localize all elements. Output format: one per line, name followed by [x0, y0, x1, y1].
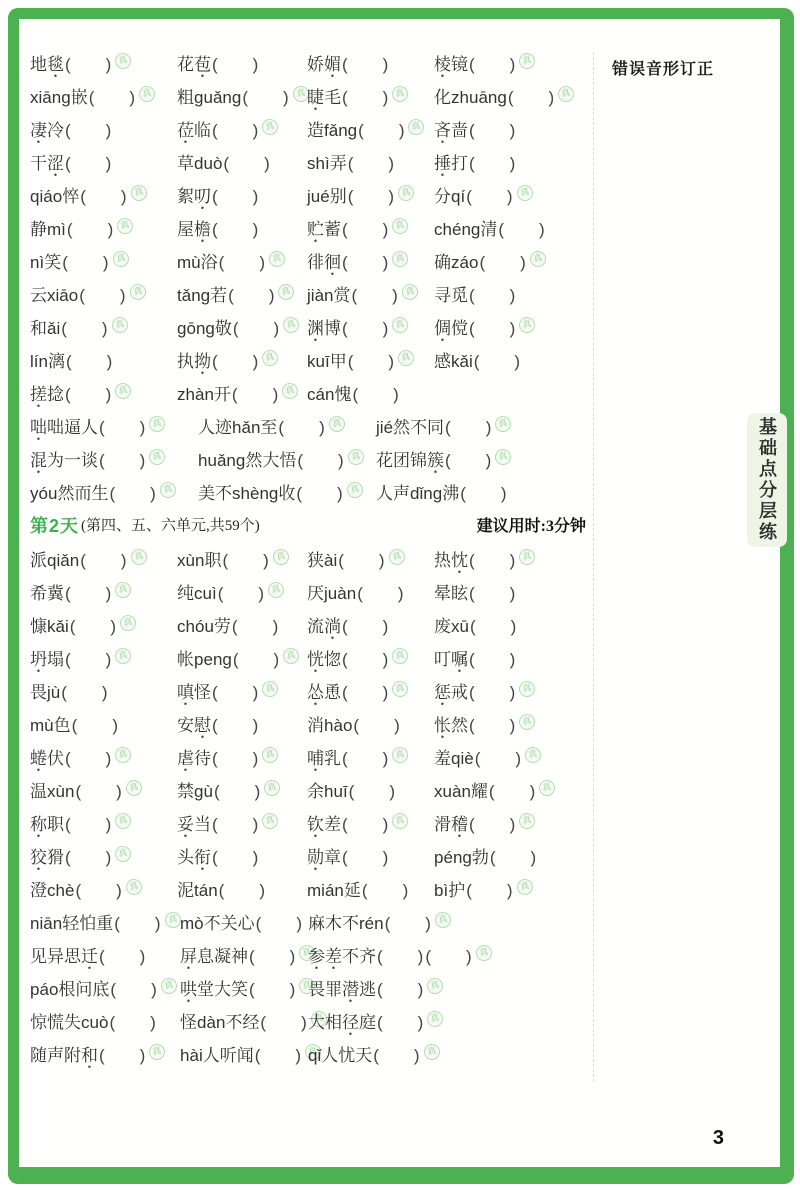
word-entry: mù 浴()真	[177, 248, 307, 273]
close-paren-text: )	[337, 451, 345, 470]
word-entry: 静 mì()真	[30, 215, 177, 240]
word-row: mù 色()安慰()消 hào()怅然()真	[30, 707, 592, 740]
word-row: 和 ǎi()真gōng 敬()真渊博()真倜傥()真	[30, 310, 592, 343]
word-label: 坍塌	[30, 650, 64, 669]
stamp-icon: 真	[345, 481, 364, 500]
word-row: 干涩()草 duò()shì 弄()捶打()	[30, 145, 592, 178]
word-label: 头衔	[177, 848, 211, 867]
word-label: 莅临	[177, 121, 211, 140]
word-entry: kuī 甲()真	[307, 347, 434, 372]
open-paren-text: (	[255, 914, 263, 933]
open-paren-text: (	[88, 88, 96, 107]
word-row: 派 qiǎn()真xùn 职()真狭 ài()真热忱()真	[30, 542, 592, 575]
open-paren-text: (	[341, 815, 349, 834]
open-paren-text: (	[218, 253, 226, 272]
close-paren-text: )	[413, 1046, 421, 1065]
word-label: xiāng 嵌	[30, 88, 88, 107]
word-label: kuī 甲	[307, 352, 347, 371]
word-entry: niān 轻怕重()真	[30, 909, 180, 934]
word-entry: 地毯()真	[30, 50, 177, 75]
open-paren-text: (	[356, 584, 364, 603]
word-row: nì 笑()真mù 浴()真徘徊()真确 záo()真	[30, 244, 592, 277]
word-label: 畏罪潜逃	[308, 980, 376, 999]
word-entry: 渊博()真	[307, 314, 434, 339]
word-entry: 造 fǎng()真	[307, 116, 434, 141]
stamp-icon: 真	[159, 977, 178, 996]
close-paren-text: )	[387, 154, 395, 173]
stamp-icon: 真	[148, 448, 167, 467]
word-label: 禁 gù	[177, 782, 213, 801]
open-paren-text: (	[222, 154, 230, 173]
close-paren-text: )	[120, 187, 128, 206]
word-label: tǎng 若	[177, 286, 227, 305]
word-label: 人迹 hǎn 至	[198, 418, 277, 437]
word-entry: 虐待()真	[177, 744, 307, 769]
close-paren-text: )	[387, 352, 395, 371]
word-entry: lín 漓()	[30, 347, 177, 372]
word-entry: 坍塌()真	[30, 645, 177, 670]
open-paren-text: (	[341, 220, 349, 239]
open-paren-text: (	[468, 683, 476, 702]
stamp-icon: 真	[114, 845, 133, 864]
stamp-icon: 真	[261, 349, 280, 368]
open-paren-text: (	[64, 121, 72, 140]
close-paren-text: )	[509, 650, 517, 669]
word-label: 畏 jù	[30, 683, 60, 702]
stamp-icon: 真	[148, 415, 167, 434]
open-paren-text: (	[376, 1013, 384, 1032]
word-label: 静 mì	[30, 220, 66, 239]
close-paren-text: )	[391, 286, 399, 305]
column-divider	[593, 52, 594, 1082]
word-entry: 安慰()	[177, 711, 307, 736]
close-paren-text: )	[530, 848, 538, 867]
word-label: 寻觅	[434, 286, 468, 305]
word-label: zhàn 开	[177, 385, 231, 404]
word-label: 钦差	[307, 815, 341, 834]
stamp-icon: 真	[518, 713, 537, 732]
section-day-title: 第2天	[30, 512, 79, 538]
close-paren-text: )	[397, 584, 405, 603]
open-paren-text: (	[341, 749, 349, 768]
word-row: 混为一谈()真huǎng 然大悟()真花团锦簇()真	[30, 442, 592, 475]
word-label: lín 漓	[30, 352, 65, 371]
close-paren-text: )	[514, 749, 522, 768]
word-entry: 禁 gù()真	[177, 777, 307, 802]
open-paren-text: (	[465, 881, 473, 900]
stamp-icon: 真	[515, 184, 534, 203]
word-label: jué 别	[307, 187, 347, 206]
close-paren-text: )	[105, 650, 113, 669]
close-paren-text: )	[252, 683, 260, 702]
word-label: 随声附和	[30, 1046, 98, 1065]
word-label: 渊博	[307, 319, 341, 338]
open-paren-text: (	[341, 650, 349, 669]
open-paren-text: (	[217, 584, 225, 603]
stamp-icon: 真	[524, 746, 543, 765]
stamp-icon: 真	[518, 548, 537, 567]
open-paren-text: (	[384, 914, 392, 933]
word-entry: zhàn 开()真	[177, 380, 307, 405]
open-paren-text: (	[488, 782, 496, 801]
word-label: 絮叨	[177, 187, 211, 206]
word-label: xùn 职	[177, 551, 221, 570]
open-paren-text: (	[60, 319, 68, 338]
open-paren-text: (	[347, 187, 355, 206]
open-paren-text: (	[64, 385, 72, 404]
word-entry: 感 kǎi()	[434, 347, 592, 372]
word-entry: 慷 kǎi()真	[30, 612, 177, 637]
word-entry: 粗 guǎng()真	[177, 83, 307, 108]
word-entry: chóu 劳()	[177, 612, 307, 637]
close-paren-text: )	[139, 1046, 147, 1065]
correction-header: 错误音形订正	[612, 56, 747, 79]
section-range: (第四、五、六单元,共59个)	[81, 514, 260, 535]
word-entry: qǐ 人忧天()真	[308, 1041, 592, 1066]
open-paren-text: (	[468, 551, 476, 570]
open-paren-text: (	[232, 319, 240, 338]
close-paren-text: )	[139, 418, 147, 437]
close-paren-text: )	[509, 716, 517, 735]
open-paren-text: (	[341, 55, 349, 74]
close-paren-text: )	[105, 55, 113, 74]
word-label: jié 然不同	[376, 418, 444, 437]
word-entry: chéng 清()	[434, 215, 592, 240]
stamp-icon: 真	[515, 878, 534, 897]
word-label: bì 护	[434, 881, 465, 900]
word-label: xuàn 耀	[434, 782, 488, 801]
open-paren-text: (	[221, 551, 229, 570]
word-label: 厌 juàn	[307, 584, 356, 603]
close-paren-text: )	[252, 187, 260, 206]
word-entry: jiàn 赏()真	[307, 281, 434, 306]
open-paren-text: (	[468, 815, 476, 834]
open-paren-text: (	[468, 584, 476, 603]
open-paren-text: (	[211, 716, 219, 735]
open-paren-text: (	[424, 947, 432, 966]
open-paren-text: (	[478, 253, 486, 272]
close-paren-text: )	[382, 650, 390, 669]
word-label: 怂恿	[307, 683, 341, 702]
close-paren-text: )	[101, 683, 109, 702]
word-entry: 怂恿()真	[307, 678, 434, 703]
word-label: 娇媚	[307, 55, 341, 74]
word-label: huǎng 然大悟	[198, 451, 296, 470]
close-paren-text: )	[417, 980, 425, 999]
stamp-icon: 真	[267, 250, 286, 269]
suggested-time: 建议用时:3分钟	[477, 513, 586, 536]
close-paren-text: )	[509, 584, 517, 603]
close-paren-text: )	[101, 319, 109, 338]
close-paren-text: )	[139, 947, 147, 966]
close-paren-text: )	[392, 385, 400, 404]
open-paren-text: (	[489, 848, 497, 867]
close-paren-text: )	[506, 881, 514, 900]
open-paren-text: (	[468, 286, 476, 305]
word-entry: shì 弄()	[307, 149, 434, 174]
word-label: 棱镜	[434, 55, 468, 74]
close-paren-text: )	[252, 848, 260, 867]
open-paren-text: (	[248, 980, 256, 999]
stamp-icon: 真	[114, 746, 133, 765]
stamp-icon: 真	[426, 1010, 445, 1029]
close-paren-text: )	[382, 88, 390, 107]
close-paren-text: )	[424, 914, 432, 933]
word-label: 哄堂大笑	[180, 980, 248, 999]
word-label: 化 zhuāng	[434, 88, 507, 107]
word-label: 滑稽	[434, 815, 468, 834]
close-paren-text: )	[289, 980, 297, 999]
open-paren-text: (	[64, 815, 72, 834]
close-paren-text: )	[378, 551, 386, 570]
word-label: 参差不齐	[308, 947, 376, 966]
open-paren-text: (	[74, 881, 82, 900]
stamp-icon: 真	[327, 415, 346, 434]
word-row: 地毯()真花苞()娇媚()棱镜()真	[30, 46, 592, 79]
word-entry: 晕眩()	[434, 579, 592, 604]
word-label: 麻木不 rén	[308, 914, 384, 933]
word-label: 咄咄逼人	[30, 418, 98, 437]
close-paren-text: )	[509, 286, 517, 305]
word-entry: 人迹 hǎn 至()真	[198, 413, 376, 438]
stamp-icon: 真	[114, 581, 133, 600]
stamp-icon: 真	[267, 581, 286, 600]
close-paren-text: )	[252, 352, 260, 371]
word-label: 恍惚	[307, 650, 341, 669]
word-entry: nì 笑()真	[30, 248, 177, 273]
word-label: 澄 chè	[30, 881, 74, 900]
close-paren-text: )	[402, 881, 410, 900]
word-entry: mù 色()	[30, 711, 177, 736]
word-label: 余 huī	[307, 782, 348, 801]
stamp-icon: 真	[119, 614, 138, 633]
main-rows: 地毯()真花苞()娇媚()棱镜()真xiāng 嵌()真粗 guǎng()真睫毛…	[30, 46, 592, 1070]
close-paren-text: )	[263, 154, 271, 173]
stamp-icon: 真	[557, 85, 576, 104]
word-label: 搓捻	[30, 385, 64, 404]
close-paren-text: )	[282, 88, 290, 107]
open-paren-text: (	[61, 253, 69, 272]
word-label: 造 fǎng	[307, 121, 357, 140]
word-label: 分 qí	[434, 187, 465, 206]
close-paren-text: )	[150, 980, 158, 999]
word-row: niān 轻怕重()真mò 不关心()麻木不 rén()真	[30, 905, 592, 938]
word-row: 希冀()真纯 cuì()真厌 juàn()晕眩()	[30, 575, 592, 608]
word-label: 确 záo	[434, 253, 478, 272]
stamp-icon: 真	[111, 250, 130, 269]
word-entry: 倜傥()真	[434, 314, 592, 339]
open-paren-text: (	[218, 881, 226, 900]
word-entry: 确 záo()真	[434, 248, 592, 273]
word-label: 地毯	[30, 55, 64, 74]
close-paren-text: )	[485, 418, 493, 437]
open-paren-text: (	[98, 418, 106, 437]
word-label: 屏息凝神	[180, 947, 248, 966]
stamp-icon: 真	[282, 316, 301, 335]
stamp-icon: 真	[494, 448, 513, 467]
open-paren-text: (	[69, 617, 77, 636]
open-paren-text: (	[361, 881, 369, 900]
word-entry: 蜷伏()真	[30, 744, 177, 769]
close-paren-text: )	[529, 782, 537, 801]
open-paren-text: (	[227, 286, 235, 305]
word-label: 安慰	[177, 716, 211, 735]
open-paren-text: (	[341, 253, 349, 272]
stamp-icon: 真	[114, 812, 133, 831]
stamp-icon: 真	[397, 349, 416, 368]
open-paren-text: (	[465, 187, 473, 206]
close-paren-text: )	[509, 551, 517, 570]
open-paren-text: (	[468, 55, 476, 74]
word-entry: 云 xiāo()真	[30, 281, 177, 306]
word-label: 温 xùn	[30, 782, 74, 801]
close-paren-text: )	[252, 121, 260, 140]
close-paren-text: )	[106, 352, 114, 371]
open-paren-text: (	[79, 551, 87, 570]
stamp-icon: 真	[518, 52, 537, 71]
word-entry: 和 ǎi()真	[30, 314, 177, 339]
stamp-icon: 真	[391, 647, 410, 666]
close-paren-text: )	[273, 319, 281, 338]
word-entry: 屏息凝神()真	[180, 942, 308, 967]
open-paren-text: (	[65, 352, 73, 371]
word-label: 草 duò	[177, 154, 222, 173]
open-paren-text: (	[66, 220, 74, 239]
word-row: lín 漓()执拗()真kuī 甲()真感 kǎi()	[30, 343, 592, 376]
close-paren-text: )	[382, 220, 390, 239]
stamp-icon: 真	[400, 283, 419, 302]
stamp-icon: 真	[397, 184, 416, 203]
word-entry: 余 huī()	[307, 777, 434, 802]
open-paren-text: (	[211, 187, 219, 206]
stamp-icon: 真	[261, 680, 280, 699]
word-label: 惩戒	[434, 683, 468, 702]
word-label: 花苞	[177, 55, 211, 74]
close-paren-text: )	[382, 815, 390, 834]
open-paren-text: (	[337, 551, 345, 570]
open-paren-text: (	[254, 1046, 262, 1065]
stamp-icon: 真	[494, 415, 513, 434]
close-paren-text: )	[509, 154, 517, 173]
open-paren-text: (	[296, 451, 304, 470]
word-entry: 见异思迁()	[30, 942, 180, 967]
word-label: mù 色	[30, 716, 71, 735]
open-paren-text: (	[232, 650, 240, 669]
close-paren-text: )	[382, 683, 390, 702]
word-entry: 屋檐()	[177, 215, 307, 240]
word-entry: 怪 dàn 不经()真	[180, 1008, 308, 1033]
close-paren-text: )	[318, 418, 326, 437]
close-paren-text: )	[510, 617, 518, 636]
word-label: 晕眩	[434, 584, 468, 603]
word-label: 云 xiāo	[30, 286, 78, 305]
open-paren-text: (	[347, 352, 355, 371]
open-paren-text: (	[459, 484, 467, 503]
word-row: 坍塌()真帐 peng()真恍惚()真叮嘱()	[30, 641, 592, 674]
open-paren-text: (	[341, 683, 349, 702]
close-paren-text: )	[105, 121, 113, 140]
open-paren-text: (	[64, 584, 72, 603]
close-paren-text: )	[109, 617, 117, 636]
word-entry: 帐 peng()真	[177, 645, 307, 670]
open-paren-text: (	[444, 451, 452, 470]
word-entry: xuàn 耀()真	[434, 777, 592, 802]
open-paren-text: (	[211, 352, 219, 371]
word-entry: 怅然()真	[434, 711, 592, 736]
stamp-icon: 真	[518, 812, 537, 831]
close-paren-text: )	[272, 617, 280, 636]
word-entry: 泥 tán()	[177, 876, 307, 901]
stamp-icon: 真	[391, 217, 410, 236]
open-paren-text: (	[108, 484, 116, 503]
word-entry: 混为一谈()真	[30, 446, 198, 471]
stamp-icon: 真	[387, 548, 406, 567]
word-label: 见异思迁	[30, 947, 98, 966]
word-row: 见异思迁()屏息凝神()真参差不齐()()真	[30, 938, 592, 971]
stamp-icon: 真	[158, 481, 177, 500]
close-paren-text: )	[509, 683, 517, 702]
word-label: 狡猾	[30, 848, 64, 867]
close-paren-text: )	[252, 815, 260, 834]
stamp-icon: 真	[261, 812, 280, 831]
word-entry: péng 勃()	[434, 843, 592, 868]
open-paren-text: (	[259, 1013, 267, 1032]
word-entry: 畏 jù()	[30, 678, 177, 703]
stamp-icon: 真	[391, 85, 410, 104]
word-entry: gōng 敬()真	[177, 314, 307, 339]
stamp-icon: 真	[271, 548, 290, 567]
word-label: mián 延	[307, 881, 361, 900]
stamp-icon: 真	[346, 448, 365, 467]
stamp-icon: 真	[148, 1043, 167, 1062]
word-row: 称职()真妥当()真钦差()真滑稽()真	[30, 806, 592, 839]
word-entry: jié 然不同()真	[376, 413, 592, 438]
close-paren-text: )	[252, 220, 260, 239]
word-entry: mò 不关心()	[180, 909, 308, 934]
word-entry: 参差不齐()()真	[308, 942, 592, 967]
word-entry: 惊慌失 cuò()	[30, 1008, 180, 1033]
stamp-icon: 真	[114, 52, 133, 71]
word-row: 凄冷()莅临()真造 fǎng()真吝啬()	[30, 112, 592, 145]
stamp-icon: 真	[407, 118, 426, 137]
open-paren-text: (	[507, 88, 515, 107]
open-paren-text: (	[231, 385, 239, 404]
page-number: 3	[713, 1127, 724, 1150]
open-paren-text: (	[444, 418, 452, 437]
stamp-icon: 真	[426, 977, 445, 996]
open-paren-text: (	[341, 848, 349, 867]
word-row: 澄 chè()真泥 tán()mián 延()bì 护()真	[30, 872, 592, 905]
word-row: xiāng 嵌()真粗 guǎng()真睫毛()真化 zhuāng()真	[30, 79, 592, 112]
stamp-icon: 真	[261, 118, 280, 137]
word-label: chéng 清	[434, 220, 497, 239]
word-entry: 随声附和()真	[30, 1041, 180, 1066]
close-paren-text: )	[115, 881, 123, 900]
word-label: chóu 劳	[177, 617, 231, 636]
word-label: qǐ 人忧天	[308, 1046, 372, 1065]
word-label: 消 hào	[307, 716, 352, 735]
word-row: 畏 jù()嗔怪()真怂恿()真惩戒()真	[30, 674, 592, 707]
close-paren-text: )	[294, 1046, 302, 1065]
word-entry: 贮蓄()真	[307, 215, 434, 240]
word-entry: 执拗()真	[177, 347, 307, 372]
close-paren-text: )	[485, 451, 493, 470]
open-paren-text: (	[474, 749, 482, 768]
word-row: 惊慌失 cuò()怪 dàn 不经()真大相径庭()真	[30, 1004, 592, 1037]
word-row: páo 根问底()真哄堂大笑()真畏罪潜逃()真	[30, 971, 592, 1004]
close-paren-text: )	[128, 88, 136, 107]
word-row: 云 xiāo()真tǎng 若()真jiàn 赏()真寻觅()	[30, 277, 592, 310]
